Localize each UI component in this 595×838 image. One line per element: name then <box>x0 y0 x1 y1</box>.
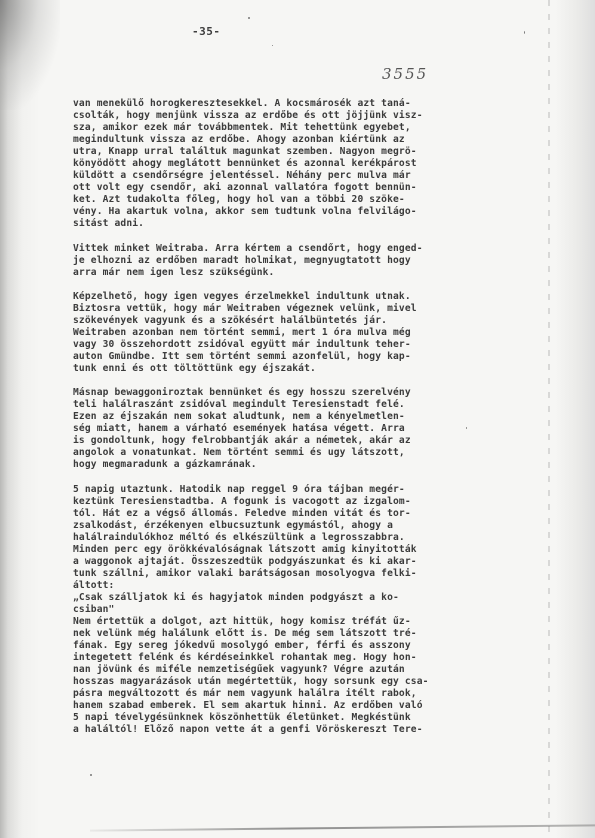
text-line: tunk enni és ott töltöttünk egy éjszakát… <box>73 363 553 375</box>
text-line: Nem értettük a dolgot, azt hittük, hogy … <box>73 616 553 628</box>
typewritten-body: van menekülő horogkeresztesekkel. A kocs… <box>73 98 553 749</box>
text-line: is gondoltunk, hogy felrobbantják akár a… <box>73 435 553 447</box>
text-line: Weitraben azonban nem történt semmi, mer… <box>73 327 553 339</box>
text-line: sza, amikor ezek már továbbmentek. Mit t… <box>73 122 553 134</box>
text-line: nan jövünk és miféle nemzetiségűek vagyu… <box>73 664 553 676</box>
text-line: ket. Azt tudakolta főleg, hogy hol van a… <box>73 194 553 206</box>
text-line: csolták, hogy menjünk vissza az erdőbe é… <box>73 110 553 122</box>
text-line: arra már nem igen lesz szükségünk. <box>73 267 553 279</box>
text-line: Képzelhető, hogy igen vegyes érzelmekkel… <box>73 291 553 303</box>
text-line: pásra megváltozott és már nem vagyunk ha… <box>73 688 553 700</box>
text-line: 5 napig utaztunk. Hatodik nap reggel 9 ó… <box>73 484 553 496</box>
text-line: angolok a vonatunkat. Nem történt semmi … <box>73 447 553 459</box>
text-line: „Csak szálljatok ki és hagyjatok minden … <box>73 592 553 604</box>
text-line: a haláltól! Előző napon vette át a genfi… <box>73 724 553 736</box>
text-line: 5 napi tévelygésünknek köszönhettük élet… <box>73 712 553 724</box>
paragraph: 5 napig utaztunk. Hatodik nap reggel 9 ó… <box>73 484 553 737</box>
paragraph: Vittek minket Weitraba. Arra kértem a cs… <box>73 243 553 279</box>
text-line: Vittek minket Weitraba. Arra kértem a cs… <box>73 243 553 255</box>
page-bottom-edge <box>90 824 595 831</box>
text-line: szökevények vagyunk és a szökésért halál… <box>73 315 553 327</box>
scanned-page: -35- 3555 van menekülő horogkeresztesekk… <box>0 0 595 838</box>
text-line: utra, Knapp urral találtuk magunkat szem… <box>73 146 553 158</box>
scan-speck <box>248 17 250 19</box>
handwritten-archive-number: 3555 <box>382 65 428 83</box>
text-line: auton Gmündbe. Itt sem történt semmi azo… <box>73 351 553 363</box>
text-line: hogy megmaradunk a gázkamrának. <box>73 459 553 471</box>
text-line: keztünk Teresienstadtba. A fogunk is vac… <box>73 496 553 508</box>
text-line: a waggonok ajtaját. Összeszedtük podgyás… <box>73 556 553 568</box>
text-line: tól. Hát ez a végső állomás. Feledve min… <box>73 508 553 520</box>
text-line: van menekülő horogkeresztesekkel. A kocs… <box>73 98 553 110</box>
text-line: vény. Ha akartuk volna, akkor sem tudtun… <box>73 206 553 218</box>
text-line: ott volt egy csendőr, aki azonnal vallat… <box>73 182 553 194</box>
text-line: zsalkodást, érzékenyen elbucsuztunk egym… <box>73 520 553 532</box>
text-line: hosszas magyarázások után megértettük, h… <box>73 676 553 688</box>
text-line: integetett felénk és kérdéseinkkel rohan… <box>73 652 553 664</box>
text-line: küldött a csendőrségre jelentéssel. Néhá… <box>73 170 553 182</box>
text-line: megindultunk vissza az erdőbe. Ahogy azo… <box>73 134 553 146</box>
scan-speck <box>90 774 92 776</box>
text-line: halálraindulókhoz méltó és elkészültünk … <box>73 532 553 544</box>
text-line: tunk szállni, amikor valaki barátságosan… <box>73 568 553 580</box>
paragraph: Képzelhető, hogy igen vegyes érzelmekkel… <box>73 291 553 375</box>
text-line: nek velünk még halálunk előtt is. De még… <box>73 628 553 640</box>
text-line: áltott: <box>73 580 553 592</box>
text-line: fának. Egy sereg jókedvű mosolygó ember,… <box>73 640 553 652</box>
scan-speck <box>524 31 525 34</box>
text-line: ség miatt, hanem a várható események hat… <box>73 423 553 435</box>
text-line: Másnap bewaggoniroztak bennünket és egy … <box>73 387 553 399</box>
text-line: sitást adni. <box>73 218 553 230</box>
text-line: je elhozni az erdőben maradt holmikat, m… <box>73 255 553 267</box>
text-line: Minden perc egy örökkévalóságnak látszot… <box>73 544 553 556</box>
paragraph: van menekülő horogkeresztesekkel. A kocs… <box>73 98 553 231</box>
paragraph: Másnap bewaggoniroztak bennünket és egy … <box>73 387 553 471</box>
text-line: hanem szabad emberek. El sem akartuk hin… <box>73 700 553 712</box>
scan-shadow <box>0 0 60 110</box>
text-line: teli halálraszánt zsidóval megindult Ter… <box>73 399 553 411</box>
page-number: -35- <box>192 25 221 38</box>
text-line: vagy 30 összehordott zsidóval együtt már… <box>73 339 553 351</box>
text-line: Ezen az éjszakán nem sokat aludtunk, nem… <box>73 411 553 423</box>
scan-speck <box>466 427 467 429</box>
scan-speck <box>272 45 273 46</box>
text-line: könyödött ahogy meglátott bennünket és a… <box>73 158 553 170</box>
text-line: csiban" <box>73 604 553 616</box>
text-line: Biztosra vettük, hogy már Weitraben vége… <box>73 303 553 315</box>
